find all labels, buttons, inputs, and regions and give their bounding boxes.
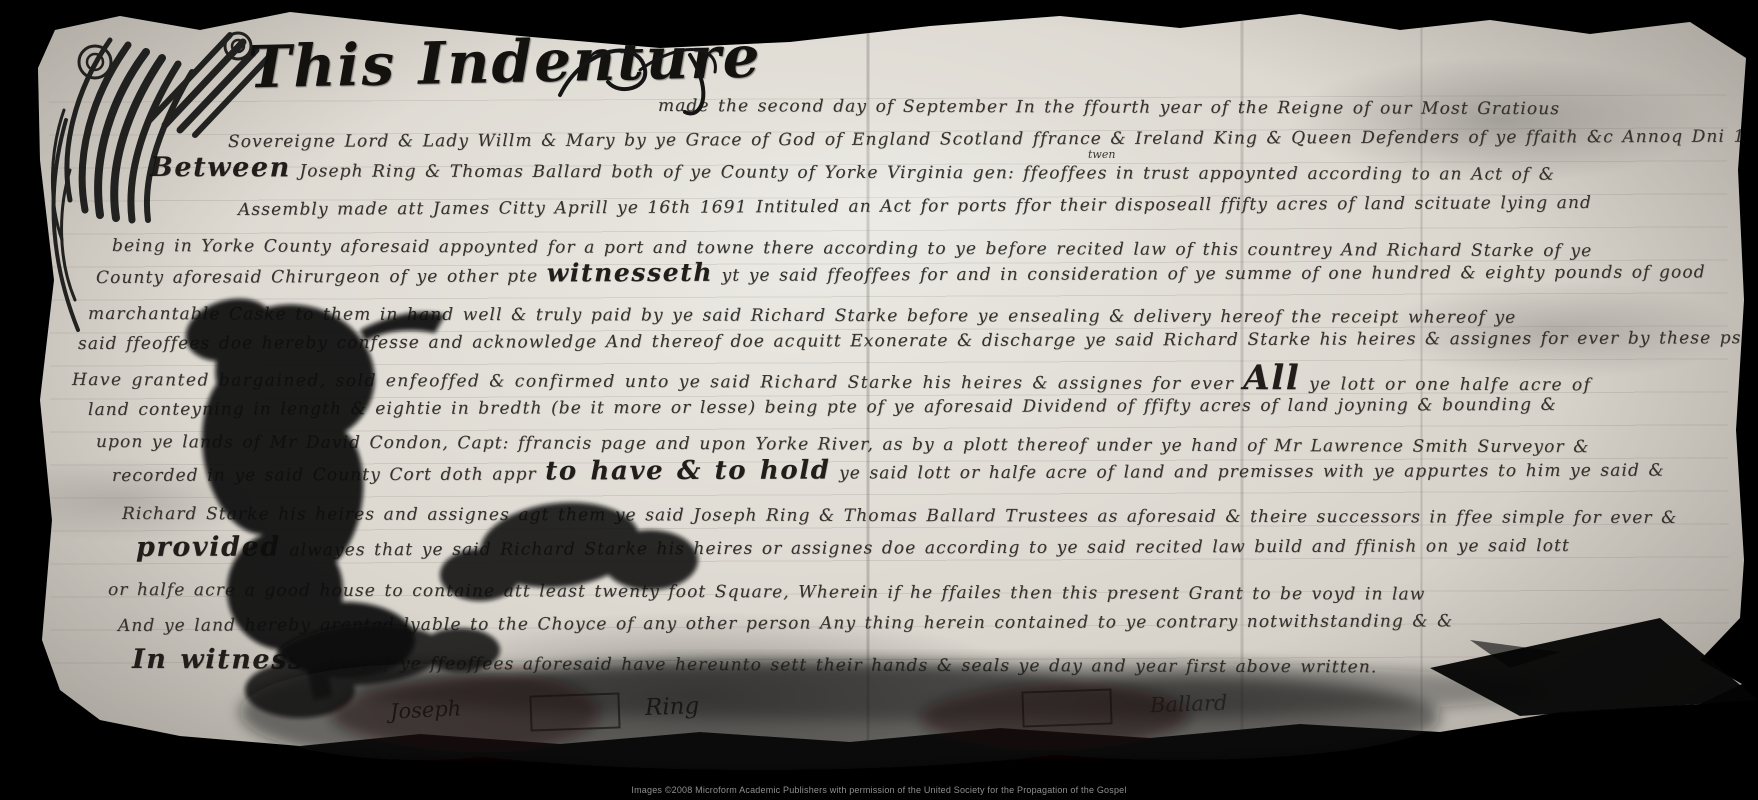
line-text: Richard Starke his heires and assignes a… bbox=[122, 504, 1677, 528]
text-line: Between Joseph Ring & Thomas Ballard bot… bbox=[150, 152, 1555, 187]
copyright-caption: Images ©2008 Microform Academic Publishe… bbox=[0, 785, 1758, 795]
line-text: yt ye said ffeoffees for and in consider… bbox=[713, 262, 1706, 285]
seal-box bbox=[1021, 688, 1112, 727]
line-text: made the second day of September In the … bbox=[658, 96, 1560, 119]
text-line: In witness whereof ye ffeoffees aforesai… bbox=[132, 644, 1378, 679]
emphasized-word: Between bbox=[150, 152, 291, 183]
text-line: Richard Starke his heires and assignes a… bbox=[122, 496, 1677, 529]
text-line: County aforesaid Chirurgeon of ye other … bbox=[96, 254, 1706, 289]
interlineation: twen bbox=[1088, 148, 1115, 161]
text-line: land conteyning in length & eightie in b… bbox=[88, 387, 1557, 421]
emphasized-word: witnesseth bbox=[547, 258, 714, 288]
signature-ring: Ring bbox=[645, 693, 700, 721]
text-line: Sovereigne Lord & Lady Willm & Mary by y… bbox=[228, 119, 1758, 153]
text-line: or halfe acre a good house to containe a… bbox=[108, 572, 1426, 606]
line-text: County aforesaid Chirurgeon of ye other … bbox=[96, 266, 547, 288]
emphasized-word: In witness bbox=[132, 644, 305, 676]
line-text: And ye land hereby granted lyable to the… bbox=[118, 611, 1453, 636]
line-text: Joseph Ring & Thomas Ballard both of ye … bbox=[291, 161, 1555, 184]
line-text: recorded in ye said County Cort doth app… bbox=[112, 464, 545, 486]
text-line: provided alwayes that ye said Richard St… bbox=[136, 527, 1570, 563]
parchment-document: This Indenture made the second day of Se… bbox=[0, 0, 1758, 800]
seal-box bbox=[529, 692, 620, 731]
text-line: said ffeoffees doe hereby confesse and a… bbox=[78, 320, 1758, 355]
line-text: whereof ye ffeoffees aforesaid have here… bbox=[305, 654, 1378, 678]
line-text: ye said lott or halfe acre of land and p… bbox=[831, 461, 1665, 484]
signature-joseph: Joseph bbox=[389, 696, 461, 724]
signature-ballard: Ballard bbox=[1150, 691, 1228, 718]
text-line: And ye land hereby granted lyable to the… bbox=[118, 603, 1453, 637]
text-line: recorded in ye said County Cort doth app… bbox=[112, 453, 1665, 488]
line-text: or halfe acre a good house to containe a… bbox=[108, 580, 1426, 605]
emphasized-word: provided bbox=[136, 531, 281, 563]
line-text: land conteyning in length & eightie in b… bbox=[88, 395, 1557, 420]
microfilm-frame: This Indenture made the second day of Se… bbox=[0, 0, 1758, 800]
line-text: Sovereigne Lord & Lady Willm & Mary by y… bbox=[228, 127, 1758, 152]
emphasized-word: to have & to hold bbox=[545, 455, 830, 486]
text-line: made the second day of September In the … bbox=[658, 88, 1560, 120]
line-text: alwayes that ye said Richard Starke his … bbox=[281, 536, 1570, 560]
